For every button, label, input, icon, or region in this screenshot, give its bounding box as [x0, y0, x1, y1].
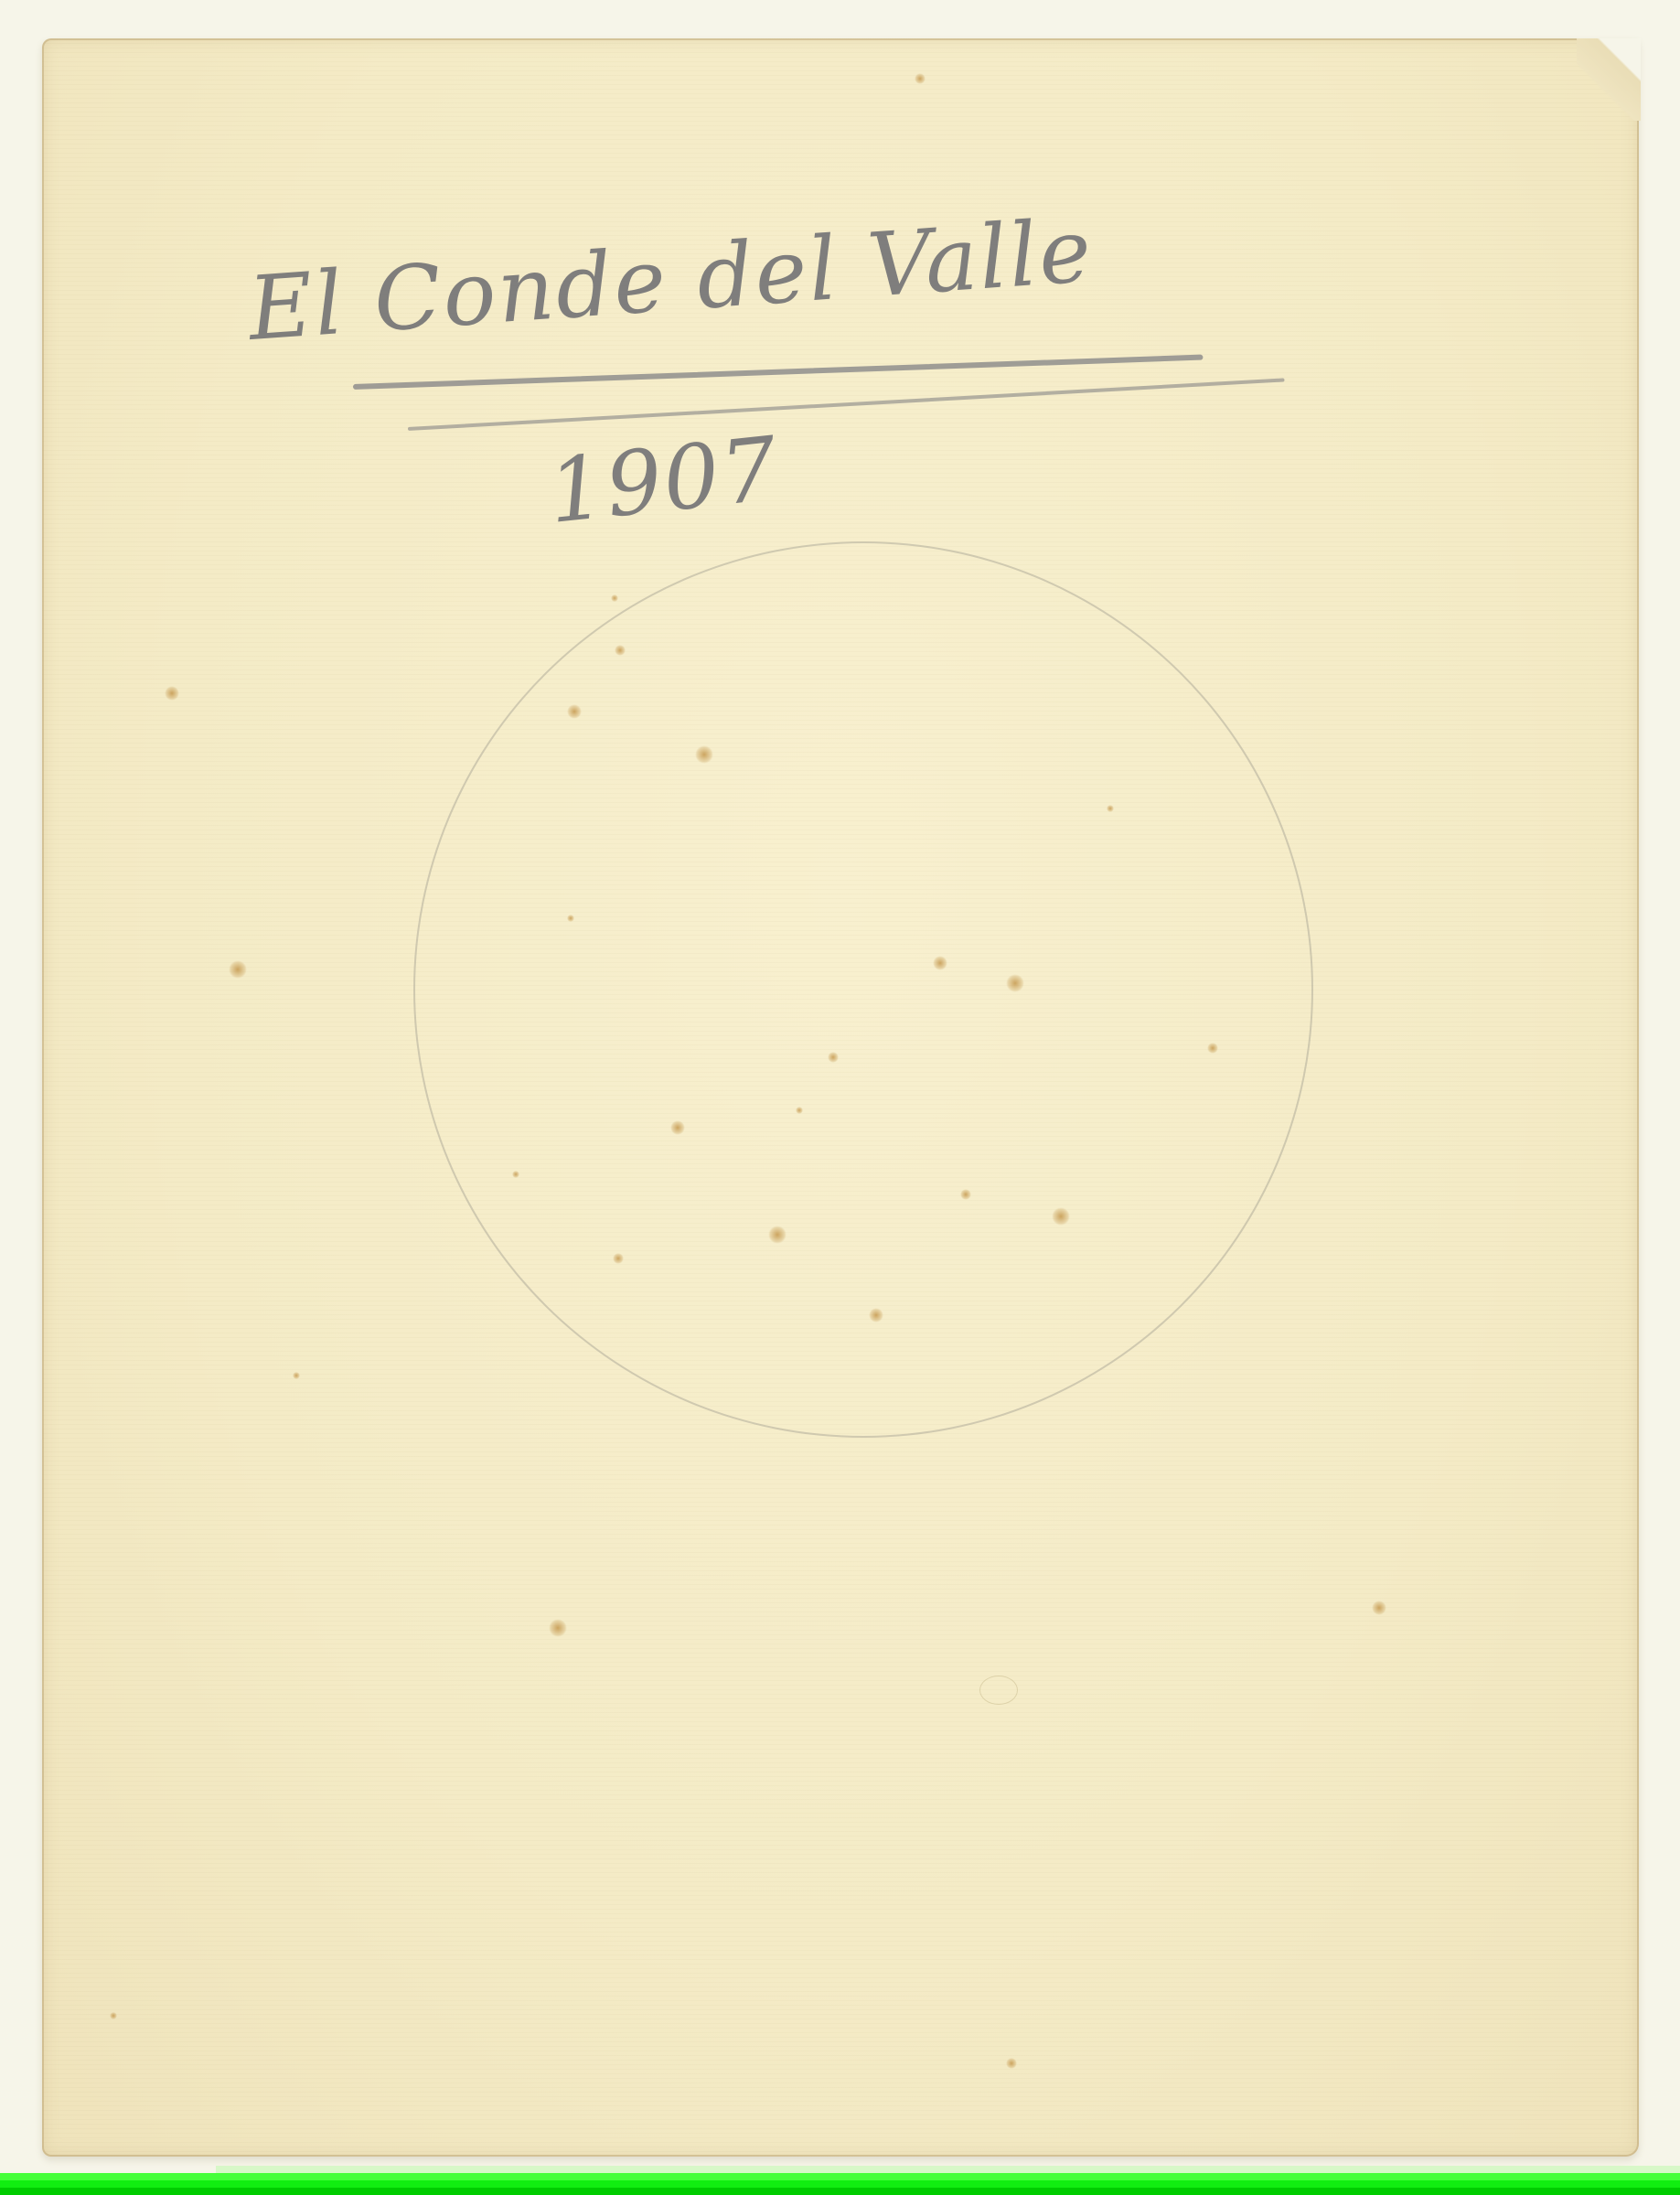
foxing-spot	[915, 73, 926, 84]
foxing-spot	[1006, 2058, 1017, 2069]
progress-fade	[216, 2166, 1680, 2173]
folded-corner	[1577, 38, 1641, 121]
foxing-spot	[567, 704, 582, 719]
photo-card-back: El Conde del Valle 1907	[42, 38, 1639, 2157]
foxing-spot	[828, 1052, 839, 1063]
inscription-underline-secondary	[408, 378, 1285, 431]
foxing-spot	[512, 1171, 519, 1178]
foxing-spot	[768, 1226, 786, 1244]
foxing-spot	[229, 960, 247, 979]
foxing-spot	[670, 1120, 685, 1135]
foxing-spot	[796, 1107, 803, 1114]
foxing-spot	[869, 1308, 883, 1322]
foxing-spot	[615, 645, 626, 656]
foxing-spot	[1107, 805, 1114, 812]
foxing-spot	[549, 1619, 567, 1637]
foxing-spot	[1207, 1043, 1218, 1054]
foxing-spot	[611, 594, 618, 602]
inscription-underline	[353, 355, 1204, 390]
year-text: 1907	[543, 417, 784, 543]
foxing-spot	[165, 686, 179, 701]
foxing-spot	[567, 915, 574, 922]
foxing-spot	[1052, 1207, 1070, 1226]
foxing-spot	[613, 1253, 624, 1264]
status-bar	[0, 2173, 1680, 2195]
oval-mount-outline	[413, 541, 1313, 1438]
embossed-stamp	[979, 1676, 1018, 1705]
foxing-spot	[110, 2012, 117, 2019]
foxing-spot	[960, 1189, 971, 1200]
foxing-spot	[1372, 1601, 1386, 1615]
foxing-spot	[1006, 974, 1024, 992]
inscription-text: El Conde del Valle	[245, 199, 1096, 360]
foxing-spot	[293, 1372, 300, 1379]
foxing-spot	[695, 745, 713, 764]
foxing-spot	[933, 956, 947, 970]
